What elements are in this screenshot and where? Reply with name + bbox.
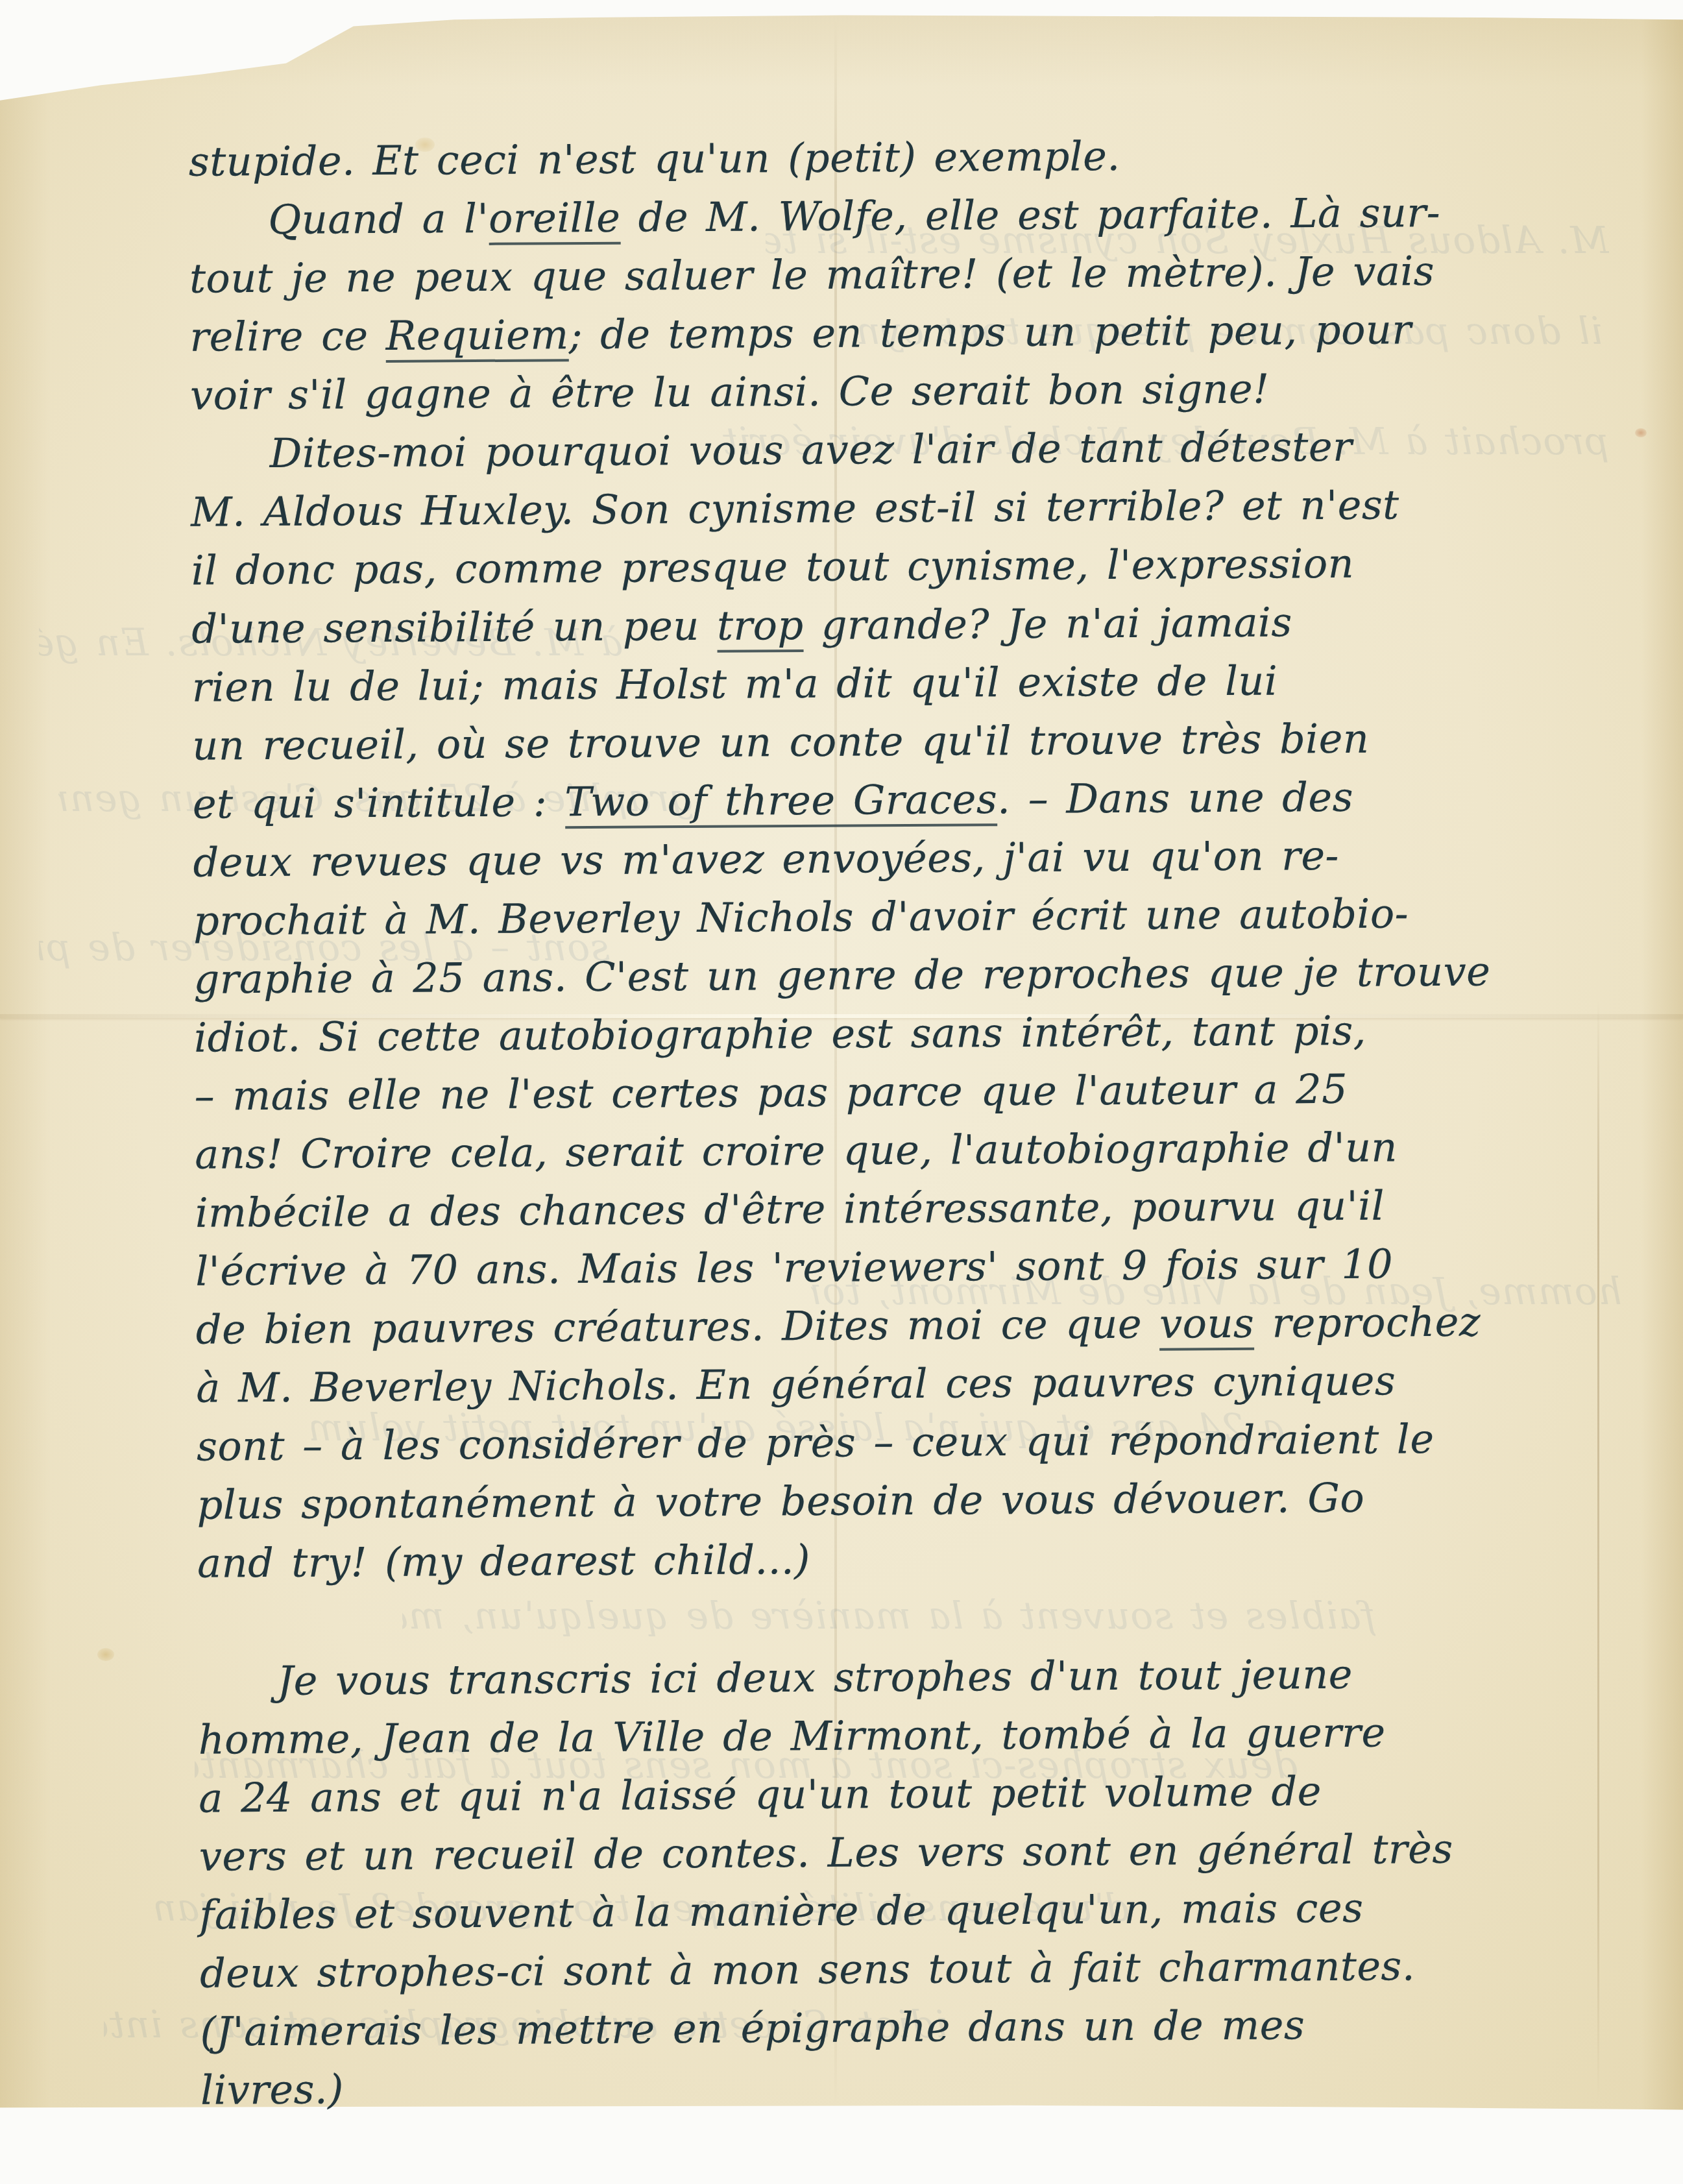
underlined-text: Two of three Graces: [564, 775, 997, 829]
underlined-text: Requiem: [386, 311, 569, 363]
letter-line: idiot. Si cette autobiographie est sans …: [194, 1000, 1622, 1067]
letter-line: a 24 ans et qui n'a laissé qu'un tout pe…: [199, 1760, 1627, 1827]
letter-line: and try! (my dearest child...): [197, 1525, 1625, 1592]
letter-text-segment: homme, Jean de la Ville de Mirmont, tomb…: [199, 1709, 1386, 1764]
letter-line: deux revues que vs m'avez envoyées, j'ai…: [193, 825, 1621, 892]
letter-line: faibles et souvent à la manière de quelq…: [199, 1877, 1627, 1944]
letter-text-segment: rien lu de lui; mais Holst m'a dit qu'il…: [192, 657, 1278, 711]
letter-text-segment: and try! (my dearest child...): [197, 1536, 810, 1587]
letter-line: plus spontanément à votre besoin de vous…: [197, 1467, 1625, 1534]
letter-line: ans! Croire cela, serait croire que, l'a…: [195, 1117, 1623, 1183]
letter-text-segment: M. Aldous Huxley. Son cynisme est-il si …: [191, 481, 1399, 535]
scanned-letter-page: { "document": { "kind": "handwritten let…: [0, 0, 1683, 2184]
letter-line: d'une sensibilité un peu trop grande? Je…: [191, 591, 1619, 658]
letter-line: voir s'il gagne à être lu ainsi. Ce sera…: [190, 358, 1618, 424]
letter-text-segment: vers et un recueil de contes. Les vers s…: [199, 1825, 1453, 1880]
letter-text-segment: sont – à les considérer de près – ceux q…: [197, 1415, 1435, 1470]
letter-text-segment: idiot. Si cette autobiographie est sans …: [194, 1007, 1366, 1062]
letter-line: (J'aimerais les mettre en épigraphe dans…: [200, 1994, 1628, 2061]
letter-text-segment: et qui s'intitule :: [193, 778, 565, 828]
letter-line: prochait à M. Beverley Nichols d'avoir é…: [193, 883, 1621, 950]
letter-line: homme, Jean de la Ville de Mirmont, tomb…: [199, 1702, 1627, 1769]
letter-text-segment: de bien pauvres créatures. Dites moi ce …: [196, 1300, 1160, 1353]
letter-text-segment: imbécile a des chances d'être intéressan…: [195, 1182, 1385, 1237]
letter-text-segment: Je vous transcris ici deux strophes d'un…: [277, 1651, 1353, 1705]
letter-text-segment: faibles et souvent à la manière de quelq…: [199, 1884, 1363, 1939]
letter-line: Quand a l'oreille de M. Wolfe, elle est …: [189, 182, 1617, 249]
letter-text-segment: l'écrive à 70 ans. Mais les 'reviewers' …: [195, 1240, 1393, 1294]
letter-line: rien lu de lui; mais Holst m'a dit qu'il…: [192, 649, 1620, 716]
letter-line: Dites-moi pourquoi vous avez l'air de ta…: [190, 416, 1618, 483]
letter-line: – mais elle ne l'est certes pas parce qu…: [194, 1058, 1622, 1125]
letter-line: sont – à les considérer de près – ceux q…: [197, 1409, 1625, 1475]
letter-text-segment: ; de temps en temps un petit peu, pour: [568, 306, 1411, 358]
letter-line: deux strophes-ci sont à mon sens tout à …: [200, 1935, 1628, 2002]
letter-text-segment: ans! Croire cela, serait croire que, l'a…: [195, 1123, 1398, 1178]
letter-text-segment: d'une sensibilité un peu: [191, 602, 717, 653]
letter-text-segment: Dites-moi pourquoi vous avez l'air de ta…: [269, 423, 1352, 477]
letter-text-segment: . – Dans une des: [997, 773, 1353, 823]
letter-line: de bien pauvres créatures. Dites moi ce …: [196, 1292, 1624, 1359]
letter-text-segment: il donc pas, comme presque tout cynisme,…: [191, 540, 1355, 594]
letter-text-segment: a 24 ans et qui n'a laissé qu'un tout pe…: [199, 1767, 1322, 1822]
letter-text-segment: tout je ne peux que saluer le maître! (e…: [189, 247, 1435, 302]
letter-line: vers et un recueil de contes. Les vers s…: [199, 1819, 1627, 1886]
letter-text-segment: un recueil, où se trouve un conte qu'il …: [192, 715, 1369, 770]
letter-text-segment: Quand a l': [268, 195, 489, 243]
letter-line: graphie à 25 ans. C'est un genre de repr…: [193, 941, 1621, 1008]
letter-line: Je vous transcris ici deux strophes d'un…: [198, 1644, 1626, 1710]
letter-text-segment: graphie à 25 ans. C'est un genre de repr…: [193, 948, 1490, 1003]
letter-text-segment: deux strophes-ci sont à mon sens tout à …: [200, 1942, 1415, 1996]
letter-line: relire ce Requiem; de temps en temps un …: [189, 299, 1617, 366]
letter-text-segment: à M. Beverley Nichols. En général ces pa…: [196, 1357, 1396, 1411]
letter-text-segment: – mais elle ne l'est certes pas parce qu…: [195, 1065, 1348, 1120]
letter-line: tout je ne peux que saluer le maître! (e…: [189, 241, 1617, 308]
underlined-text: vous: [1159, 1300, 1255, 1351]
letter-line: et qui s'intitule : Two of three Graces.…: [193, 766, 1621, 833]
letter-text-segment: deux revues que vs m'avez envoyées, j'ai…: [193, 832, 1339, 886]
letter-text-segment: grande? Je n'ai jamais: [803, 598, 1292, 649]
letter-line: l'écrive à 70 ans. Mais les 'reviewers' …: [195, 1233, 1623, 1300]
letter-line: M. Aldous Huxley. Son cynisme est-il si …: [191, 474, 1619, 541]
underlined-text: oreille: [489, 194, 621, 245]
letter-line: stupide. Et ceci n'est qu'un (petit) exe…: [189, 124, 1617, 191]
letter-text-segment: livres.): [200, 2065, 344, 2113]
letter-line: un recueil, où se trouve un conte qu'il …: [192, 708, 1620, 775]
letter-text-segment: de M. Wolfe, elle est parfaite. Là sur-: [620, 189, 1440, 241]
letter-line: il donc pas, comme presque tout cynisme,…: [191, 533, 1619, 600]
letter-text-segment: stupide. Et ceci n'est qu'un (petit) exe…: [189, 132, 1120, 186]
letter-text-segment: voir s'il gagne à être lu ainsi. Ce sera…: [190, 365, 1270, 419]
underlined-text: trop: [717, 601, 804, 653]
letter-body: stupide. Et ceci n'est qu'un (petit) exe…: [189, 124, 1629, 2119]
letter-text-segment: prochait à M. Beverley Nichols d'avoir é…: [193, 890, 1409, 944]
letter-line: livres.): [200, 2052, 1629, 2119]
letter-text-segment: reprochez: [1254, 1298, 1481, 1347]
letter-text-segment: plus spontanément à votre besoin de vous…: [197, 1474, 1364, 1529]
letter-text-segment: (J'aimerais les mettre en épigraphe dans…: [200, 2001, 1305, 2055]
letter-text-segment: relire ce: [189, 312, 386, 361]
letter-line: imbécile a des chances d'être intéressan…: [195, 1175, 1623, 1242]
letter-line: à M. Beverley Nichols. En général ces pa…: [196, 1350, 1624, 1417]
